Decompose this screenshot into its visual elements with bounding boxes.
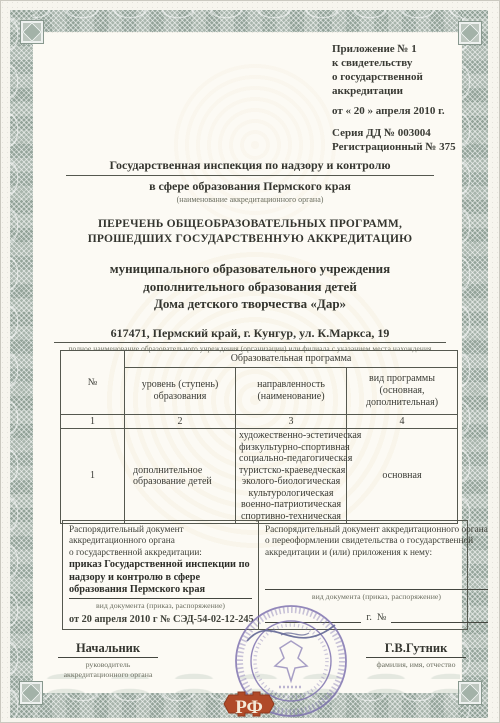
frame-border-top [10, 10, 488, 32]
text-line: физкультурно-спортивная [239, 442, 343, 454]
column-number: 4 [347, 415, 458, 429]
attachment-line: Приложение № 1 [332, 42, 474, 56]
signature-left: Начальник руководитель аккредитационного… [58, 641, 158, 679]
authority-name-line1: Государственная инспекция по надзору и к… [66, 158, 434, 176]
text-line: Дома детского творчества «Дар» [40, 295, 460, 313]
column-number: 2 [125, 415, 236, 429]
table-row: 1 дополнительноеобразование детей художе… [61, 429, 458, 524]
document-header: Государственная инспекция по надзору и к… [40, 158, 460, 353]
program-kind-cell: основная [347, 429, 458, 524]
frame-corner-ornament [458, 681, 482, 705]
column-number: 1 [61, 415, 125, 429]
order-name-line: приказ Государственной инспекции по [69, 559, 252, 572]
reissue-caption-line: о переоформлении свидетельства о государ… [265, 536, 488, 547]
text-line: художественно-эстетическая [239, 430, 343, 442]
directions-cell: художественно-эстетическаяфизкультурно-с… [236, 429, 347, 524]
programs-table: № Образовательная программа уровень (сту… [60, 350, 458, 524]
list-title-line1: ПЕРЕЧЕНЬ ОБЩЕОБРАЗОВАТЕЛЬНЫХ ПРОГРАММ, [40, 217, 460, 232]
order-caption-line: о государственной аккредитации: [69, 548, 252, 559]
text-line: дополнительного образования детей [40, 278, 460, 296]
signatory-caption: аккредитационного органа [58, 670, 158, 680]
eagle-emblem-icon [275, 641, 307, 681]
series-number: Серия ДД № 003004 [332, 126, 474, 140]
reissue-caption-line: аккредитации и (или) приложения к нему: [265, 548, 488, 559]
reissue-caption-line: Распорядительный документ аккредитационн… [265, 525, 488, 536]
accreditation-date: от « 20 » апреля 2010 г. [332, 104, 474, 118]
column-number: 3 [236, 415, 347, 429]
certificate-page: Приложение № 1 к свидетельству о государ… [0, 0, 500, 723]
signatory-caption: руководитель [58, 660, 158, 670]
attachment-line: о государственной [332, 70, 474, 84]
signature-right: Г.В.Гутник фамилия, имя, отчество [366, 641, 466, 670]
table-header-level: уровень (ступень)образования [125, 368, 236, 415]
authority-caption: (наименование аккредитационного органа) [40, 195, 460, 204]
text-line: муниципального образовательного учрежден… [40, 260, 460, 278]
order-name-line: надзору и контролю в сфере [69, 572, 252, 585]
year-label: г. [366, 612, 371, 623]
blank-line [265, 589, 488, 590]
text-line: дополнительное [133, 465, 232, 477]
list-title-line2: ПРОШЕДШИХ ГОСУДАРСТВЕННУЮ АККРЕДИТАЦИЮ [40, 232, 460, 247]
blank-underline [391, 611, 487, 623]
row-number-cell: 1 [61, 429, 125, 524]
text-line: (основная, [350, 385, 454, 397]
text-line: социально-педагогическая [239, 453, 343, 465]
signatory-name: Г.В.Гутник [366, 641, 466, 658]
rf-emblem-icon: РФ [222, 690, 276, 723]
text-line: военно-патриотическая [239, 499, 343, 511]
table-group-header: Образовательная программа [125, 351, 458, 368]
text-line: культурологическая [239, 488, 343, 500]
table-header-direction: направленность (наименование) [236, 368, 347, 415]
authority-name-line2: в сфере образования Пермского края [40, 179, 460, 194]
text-line: вид программы [350, 373, 454, 385]
text-line: образование детей [133, 476, 232, 488]
signatory-position: Начальник [58, 641, 158, 658]
order-caption-line: Распорядительный документ [69, 525, 252, 536]
text-line: уровень (ступень) [128, 379, 232, 391]
text-line: образования [128, 391, 232, 403]
registration-number: Регистрационный № 375 [332, 140, 474, 154]
text-line: эколого-биологическая [239, 476, 343, 488]
attachment-line: аккредитации [332, 84, 474, 98]
table-header-number: № [61, 351, 125, 415]
education-level-cell: дополнительноеобразование детей [125, 429, 236, 524]
text-line: дополнительная) [350, 397, 454, 409]
attachment-line: к свидетельству [332, 56, 474, 70]
number-label: № [377, 612, 387, 623]
text-line: туристско-краеведческая [239, 465, 343, 477]
signatory-caption: фамилия, имя, отчество [366, 660, 466, 670]
organization-address: 617471, Пермский край, г. Кунгур, ул. К.… [54, 326, 446, 343]
frame-corner-ornament [20, 20, 44, 44]
order-caption-line: аккредитационного органа [69, 536, 252, 547]
table-header-kind: вид программы(основная,дополнительная) [347, 368, 458, 415]
organization-name: муниципального образовательного учрежден… [40, 260, 460, 313]
attachment-header-block: Приложение № 1 к свидетельству о государ… [332, 42, 474, 154]
rf-letters: РФ [235, 697, 263, 718]
frame-border-left [10, 10, 33, 718]
